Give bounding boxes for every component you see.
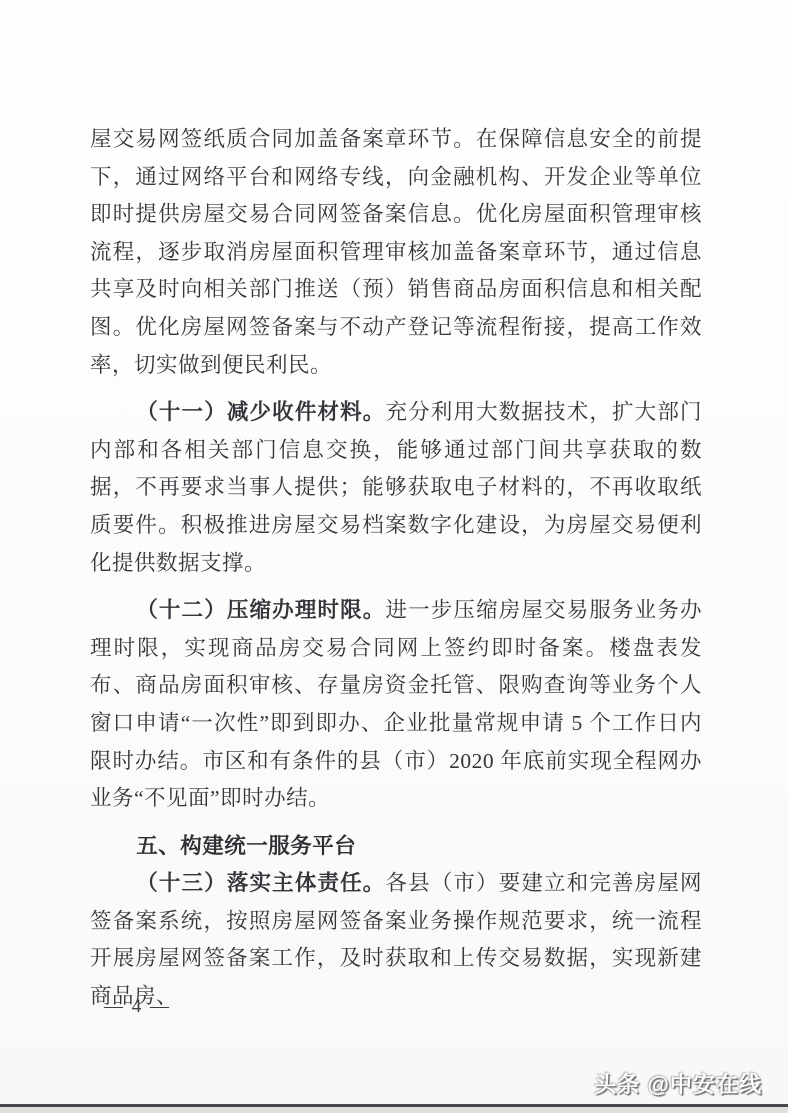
watermark: 头条 @中安在线	[594, 1068, 762, 1099]
paragraph: （十二）压缩办理时限。进一步压缩房屋交易服务业务办理时限，实现商品房交易合同网上…	[90, 592, 702, 818]
document-body: 屋交易网签纸质合同加盖备案章环节。在保障信息安全的前提下，通过网络平台和网络专线…	[90, 121, 702, 1026]
paragraph-lead: （十一）减少收件材料。	[136, 400, 385, 424]
section-heading: 五、构建统一服务平台	[90, 828, 702, 866]
paragraph-text: 进一步压缩房屋交易服务业务办理时限，实现商品房交易合同网上签约即时备案。楼盘表发…	[90, 598, 702, 810]
paragraph-lead: （十三）落实主体责任。	[136, 871, 385, 895]
paragraph: （十一）减少收件材料。充分利用大数据技术，扩大部门内部和各相关部门信息交换，能够…	[90, 394, 702, 582]
document-page: 屋交易网签纸质合同加盖备案章环节。在保障信息安全的前提下，通过网络平台和网络专线…	[0, 0, 788, 1113]
paragraph-lead: （十二）压缩办理时限。	[136, 598, 385, 622]
paragraph-text: 充分利用大数据技术，扩大部门内部和各相关部门信息交换，能够通过部门间共享获取的数…	[90, 400, 702, 574]
paragraph-text: 屋交易网签纸质合同加盖备案章环节。在保障信息安全的前提下，通过网络平台和网络专线…	[90, 127, 702, 377]
paragraph: （十三）落实主体责任。各县（市）要建立和完善房屋网签备案系统，按照房屋网签备案业…	[90, 865, 702, 1015]
bottom-divider	[0, 1104, 788, 1113]
paragraph: 屋交易网签纸质合同加盖备案章环节。在保障信息安全的前提下，通过网络平台和网络专线…	[90, 121, 702, 384]
page-number: — 4 —	[104, 996, 171, 1018]
